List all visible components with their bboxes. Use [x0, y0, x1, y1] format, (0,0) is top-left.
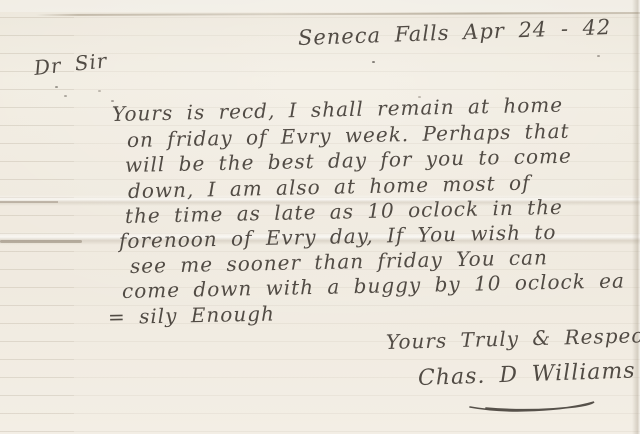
- salutation: Dr Sir: [33, 48, 109, 80]
- signature: Chas. D Williams: [418, 358, 636, 391]
- signature-flourish: [468, 398, 598, 414]
- paper-top-band: [0, 0, 640, 12]
- dateline: Seneca Falls Apr 24 - 42: [298, 15, 612, 50]
- fold-crease-top: [36, 12, 640, 16]
- body-line: = sily Enough: [108, 302, 275, 329]
- ink-specks: [0, 0, 3, 2]
- closing: Yours Truly & Respectfully: [386, 322, 640, 354]
- letter-scan: Seneca Falls Apr 24 - 42 Dr Sir Yours is…: [0, 0, 640, 434]
